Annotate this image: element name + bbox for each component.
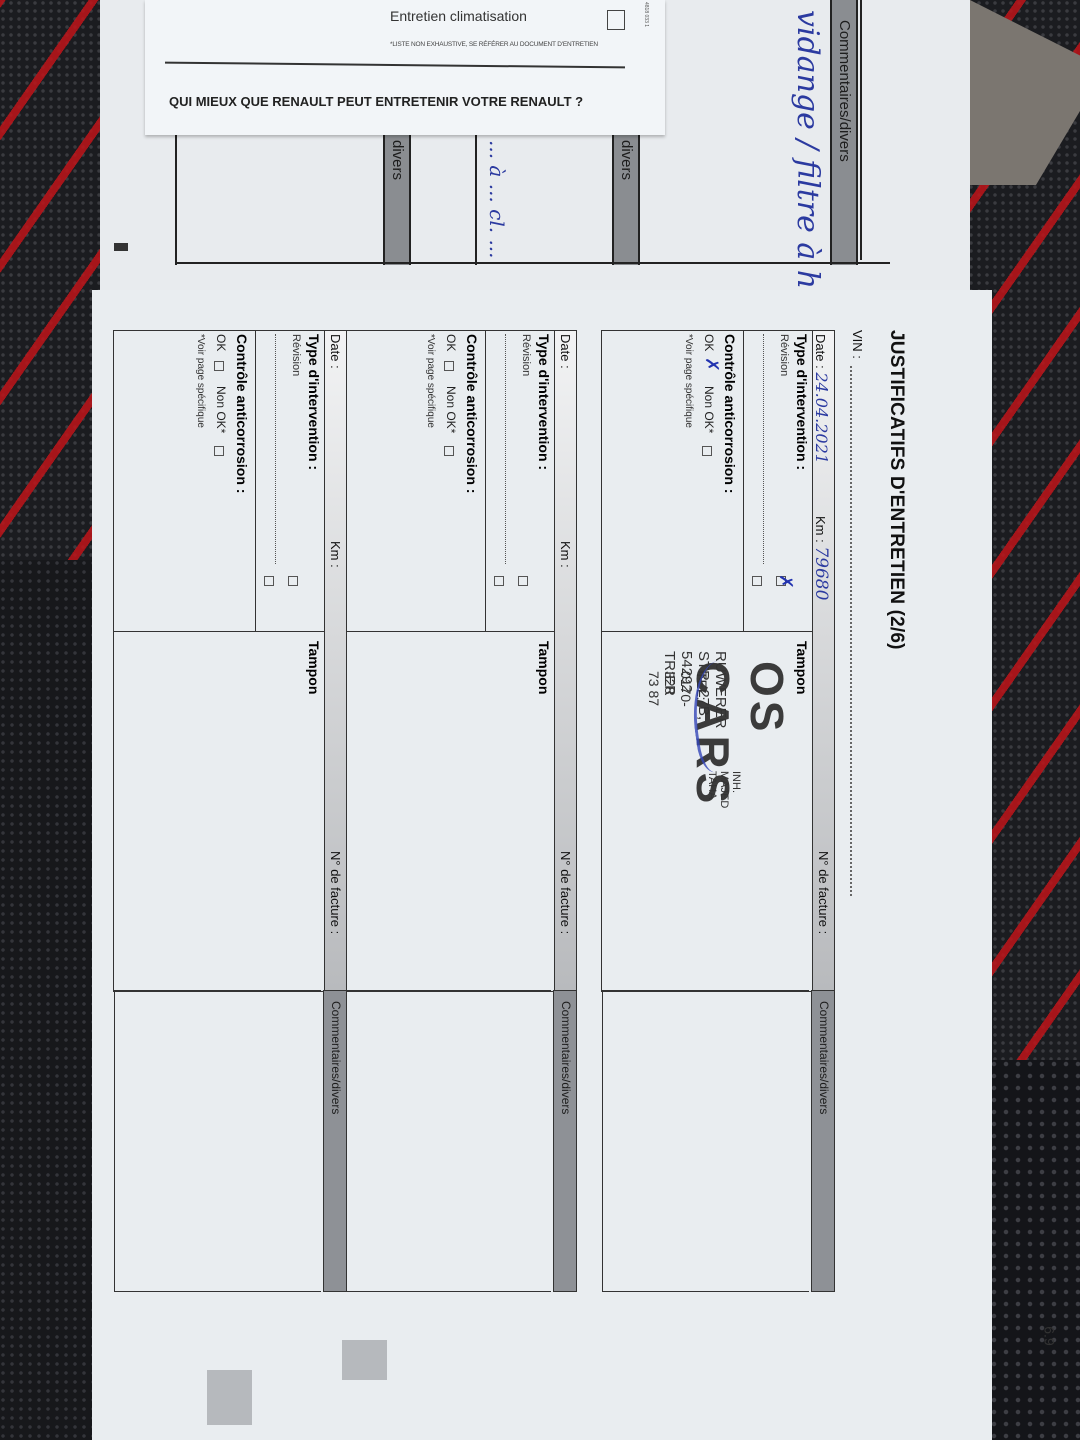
maintenance-page: JUSTIFICATIFS D'ENTRETIEN (2/6) VIN : Da… [92, 290, 992, 1440]
non-ok-checkbox[interactable] [702, 446, 712, 456]
revision-label: Révision [778, 334, 790, 376]
anticorrosion-label: Contrôle anticorrosion : [464, 334, 480, 493]
non-ok-checkbox[interactable] [444, 446, 454, 456]
non-ok-checkbox[interactable] [214, 446, 224, 456]
maintenance-form: JUSTIFICATIFS D'ENTRETIEN (2/6) VIN : Da… [127, 320, 907, 1320]
comments-field[interactable] [344, 990, 551, 1292]
other-intervention-checkbox[interactable] [264, 576, 274, 586]
maintenance-entry-1: Date : 24.04.2021 Km : 79680 N° de factu… [599, 330, 835, 1320]
see-specific-page-note: *Voir page spécifique [425, 334, 436, 428]
intervention-type-label: Type d'intervention : [306, 334, 322, 470]
date-label: Date : 24.04.2021 [812, 334, 831, 464]
ok-checkbox[interactable] [214, 361, 224, 371]
stamp-label: Tampon [306, 641, 322, 694]
ac-service-label: Entretien climatisation [390, 8, 527, 24]
slip-divider [165, 62, 625, 69]
ok-label: OK [702, 334, 716, 351]
comments-field[interactable] [602, 990, 809, 1292]
comments-label-mid: divers [618, 140, 635, 180]
tear-off-slip: Entretien climatisation *LISTE NON EXHAU… [145, 0, 665, 135]
date-value[interactable]: 24.04.2021 [812, 372, 831, 464]
other-intervention-checkbox[interactable] [494, 576, 504, 586]
km-label: Km : [328, 541, 343, 568]
comments-label: Commentaires/divers [329, 1001, 343, 1114]
intervention-type-label: Type d'intervention : [536, 334, 552, 470]
comments-label: Commentaires/divers [817, 1001, 831, 1114]
slip-code: 4818 033 1 [643, 2, 649, 27]
invoice-label: N° de facture : [558, 851, 573, 934]
other-intervention-checkbox[interactable] [752, 576, 762, 586]
handwritten-comment-mid: ... à ... cl. ... grès ... lerie [485, 140, 509, 260]
stamp-label: Tampon [536, 641, 552, 694]
revision-label: Révision [290, 334, 302, 376]
renault-slogan: QUI MIEUX QUE RENAULT PEUT ENTRETENIR VO… [169, 94, 583, 109]
vin-label: VIN : [850, 330, 865, 359]
revision-checkbox[interactable] [518, 576, 528, 586]
invoice-label: N° de facture : [328, 851, 343, 934]
revision-checkbox[interactable] [288, 576, 298, 586]
see-specific-page-note: *Voir page spécifique [195, 334, 206, 428]
maintenance-entry-2: Date : Km : N° de facture : Type d'inter… [341, 330, 577, 1320]
ok-check-mark[interactable]: ✗ [701, 357, 722, 372]
non-ok-label: Non OK* [214, 386, 228, 433]
km-label: Km : [558, 541, 573, 568]
revision-check-mark: ✗ [775, 574, 796, 589]
page-tab-mark [207, 1370, 252, 1425]
page-tab-mark [342, 1340, 387, 1380]
comments-field[interactable] [114, 990, 321, 1292]
revision-label: Révision [520, 334, 532, 376]
comments-label-left: divers [389, 140, 406, 180]
non-ok-label: Non OK* [702, 386, 716, 433]
invoice-label: N° de facture : [816, 851, 831, 934]
date-label: Date : [558, 334, 573, 369]
page-title: JUSTIFICATIFS D'ENTRETIEN (2/6) [885, 330, 907, 650]
vin-field[interactable] [850, 366, 852, 896]
page-tab-mark [114, 243, 128, 251]
slip-footnote: *LISTE NON EXHAUSTIVE, SE RÉFÉRER AU DOC… [390, 41, 598, 48]
km-value[interactable]: 79680 [811, 546, 831, 600]
anticorrosion-label: Contrôle anticorrosion : [722, 334, 738, 493]
garage-owner: INH. MAJED TAHA [706, 771, 742, 808]
ok-label: OK [444, 334, 458, 351]
non-ok-label: Non OK* [444, 386, 458, 433]
km-label: Km : 79680 [811, 516, 831, 600]
maintenance-entry-3: Date : Km : N° de facture : Type d'inter… [111, 330, 347, 1320]
stamp-label: Tampon [794, 641, 810, 694]
anticorrosion-label: Contrôle anticorrosion : [234, 334, 250, 493]
ok-checkbox[interactable] [444, 361, 454, 371]
comments-label: Commentaires/divers [559, 1001, 573, 1114]
ac-service-checkbox[interactable] [607, 10, 625, 30]
comments-label-top: Commentaires/divers [836, 20, 853, 162]
intervention-type-label: Type d'intervention : [794, 334, 810, 470]
page-number: 6.9 [1042, 1326, 1058, 1345]
see-specific-page-note: *Voir page spécifique [683, 334, 694, 428]
ok-label: OK [214, 334, 228, 351]
date-label: Date : [328, 334, 343, 369]
